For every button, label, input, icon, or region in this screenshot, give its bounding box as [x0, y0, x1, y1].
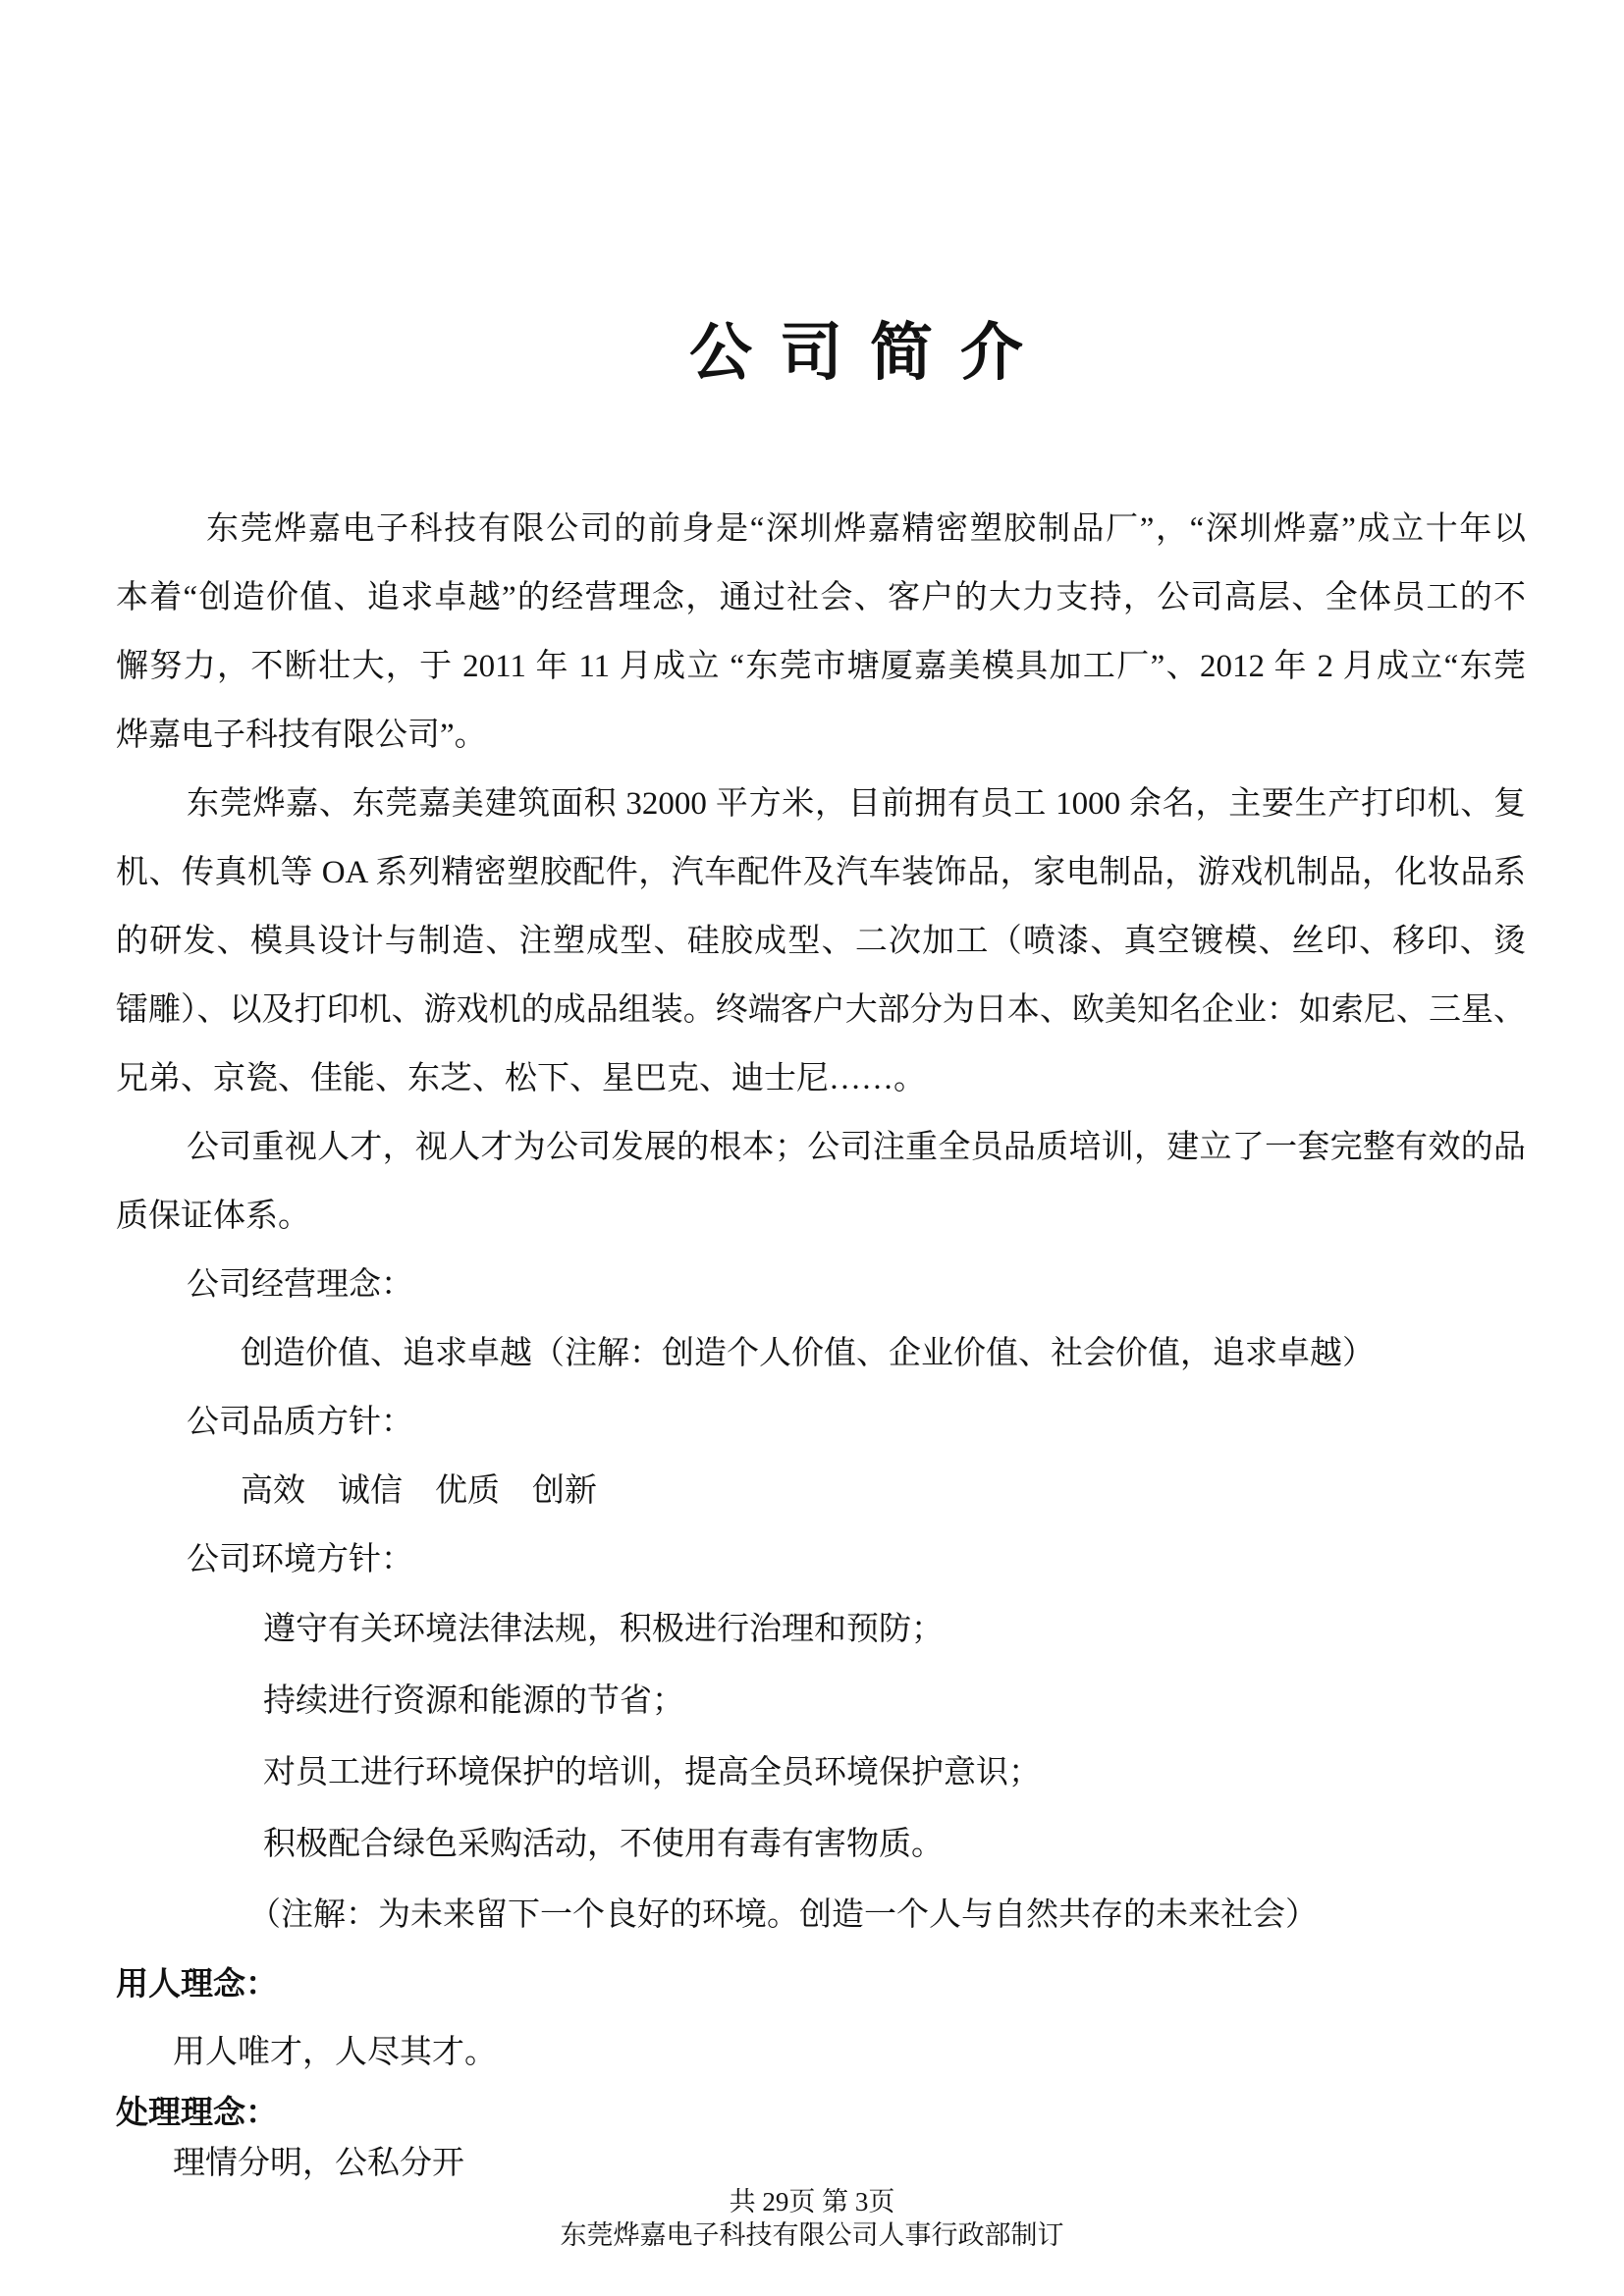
footer-page-number: 共 29页 第 3页: [0, 2185, 1624, 2218]
note-line: （注解：为未来留下一个良好的环境。创造一个人与自然共存的未来社会）: [116, 1881, 1526, 1949]
body-line: 质保证体系。: [116, 1182, 1526, 1251]
body-line: 高效 诚信 优质 创新: [116, 1457, 1526, 1525]
section-heading-environment-policy: 公司环境方针：: [116, 1525, 1526, 1594]
body-line: 东莞烨嘉电子科技有限公司的前身是“深圳烨嘉精密塑胶制品厂”，“深圳烨嘉”成立十年…: [116, 495, 1526, 563]
env-policy-line: 遵守有关环境法律法规，积极进行治理和预防；: [116, 1594, 1526, 1666]
bold-heading-hiring-philosophy: 用人理念：: [116, 1949, 1526, 2018]
body-line: 机、传真机等 OA 系列精密塑胶配件，汽车配件及汽车装饰品，家电制品，游戏机制品…: [116, 838, 1526, 907]
document-body: 东莞烨嘉电子科技有限公司的前身是“深圳烨嘉精密塑胶制品厂”，“深圳烨嘉”成立十年…: [116, 495, 1526, 2189]
document-page: 公 司 简 介 东莞烨嘉电子科技有限公司的前身是“深圳烨嘉精密塑胶制品厂”，“深…: [0, 0, 1624, 2296]
body-line: 的研发、模具设计与制造、注塑成型、硅胶成型、二次加工（喷漆、真空镀模、丝印、移印…: [116, 907, 1526, 976]
env-policy-line: 持续进行资源和能源的节省；: [116, 1666, 1526, 1737]
body-line: 东莞烨嘉、东莞嘉美建筑面积 32000 平方米，目前拥有员工 1000 余名，主…: [116, 770, 1526, 838]
body-line: 懈努力，不断壮大，于 2011 年 11 月成立 “东莞市塘厦嘉美模具加工厂”、…: [116, 632, 1526, 701]
page-footer: 共 29页 第 3页 东莞烨嘉电子科技有限公司人事行政部制订: [0, 2185, 1624, 2252]
section-heading-quality-policy: 公司品质方针：: [116, 1388, 1526, 1457]
body-line: 公司重视人才，视人才为公司发展的根本；公司注重全员品质培训，建立了一套完整有效的…: [116, 1113, 1526, 1182]
body-line: 用人唯才，人尽其才。: [116, 2018, 1526, 2087]
body-line: 理情分明，公私分开: [116, 2138, 1526, 2189]
body-line: 创造价值、追求卓越（注解：创造个人价值、企业价值、社会价值，追求卓越）: [116, 1319, 1526, 1388]
document-title: 公 司 简 介: [88, 316, 1624, 391]
env-policy-line: 对员工进行环境保护的培训，提高全员环境保护意识；: [116, 1737, 1526, 1809]
bold-heading-handling-philosophy: 处理理念：: [116, 2087, 1526, 2138]
body-line: 本着“创造价值、追求卓越”的经营理念，通过社会、客户的大力支持，公司高层、全体员…: [116, 563, 1526, 632]
env-policy-line: 积极配合绿色采购活动，不使用有毒有害物质。: [116, 1809, 1526, 1881]
body-line: 兄弟、京瓷、佳能、东芝、松下、星巴克、迪士尼……。: [116, 1044, 1526, 1113]
body-line: 镭雕）、以及打印机、游戏机的成品组装。终端客户大部分为日本、欧美知名企业：如索尼…: [116, 976, 1526, 1044]
body-line: 烨嘉电子科技有限公司”。: [116, 701, 1526, 770]
section-heading-business-philosophy: 公司经营理念：: [116, 1251, 1526, 1319]
footer-issuer: 东莞烨嘉电子科技有限公司人事行政部制订: [0, 2218, 1624, 2252]
